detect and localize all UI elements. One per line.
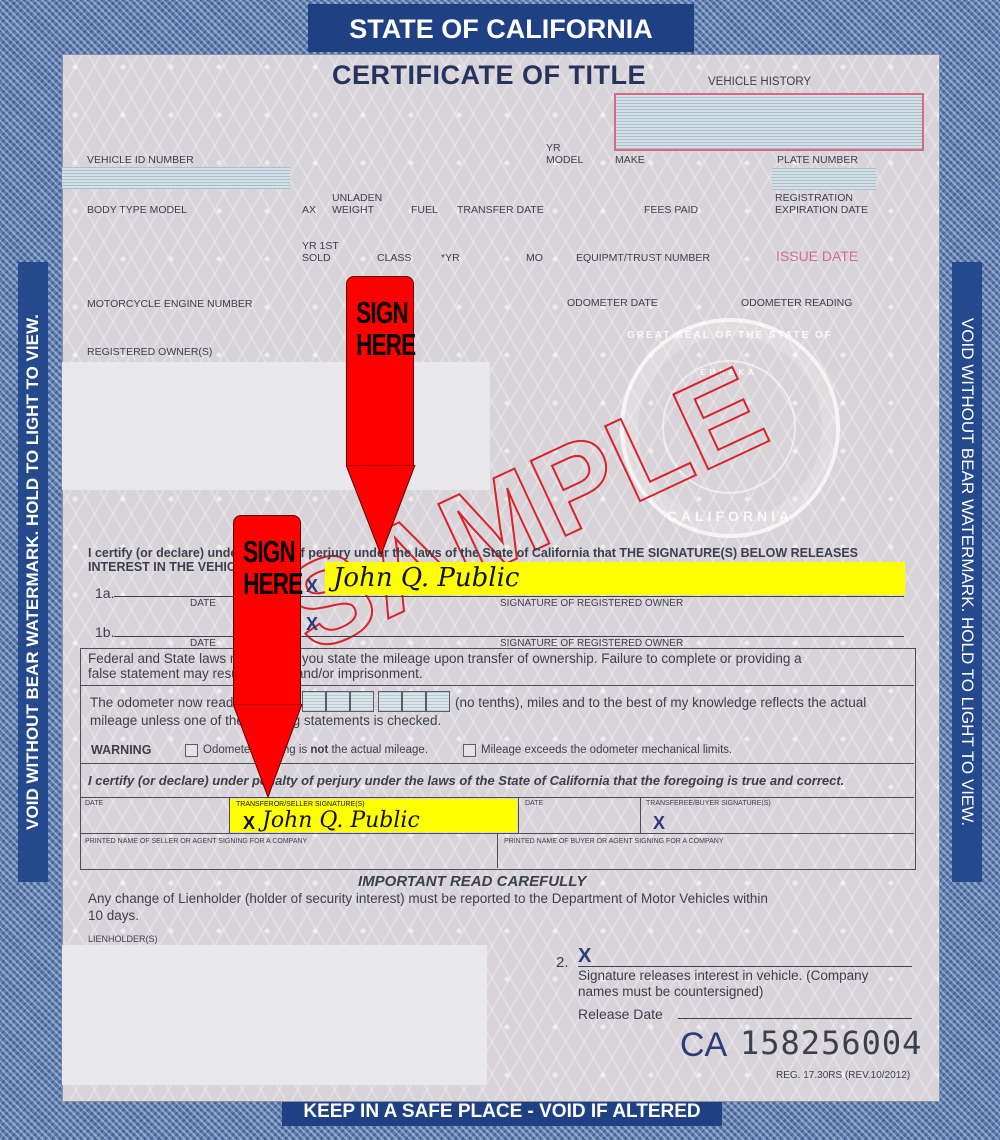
odometer-reads-suffix: (no tenths), miles and to the best of my… [455,695,866,710]
lienholders-field [62,945,487,1085]
release-date-label: Release Date [578,1006,663,1022]
divider [80,763,914,764]
odometer-digit-2[interactable] [326,691,350,712]
registered-owners-label: REGISTERED OWNER(S) [87,346,212,358]
fuel-label: FUEL [411,204,438,216]
pointer-1-tip-icon [346,465,416,557]
exceeds-limits-label: Mileage exceeds the odometer mechanical … [481,744,732,756]
exceeds-limits-checkbox[interactable] [463,744,476,757]
yr-model-label: YR MODEL [546,142,592,166]
vehicle-history-label: VEHICLE HISTORY [708,76,811,88]
registration-expiration-label: REGISTRATION EXPIRATION DATE [775,192,885,216]
odometer-digit-4[interactable] [378,691,402,712]
warning-label: WARNING [91,743,151,757]
perjury-certification: I certify (or declare) under penalty of … [88,773,844,788]
pointer-2-tip-icon [233,704,303,799]
plate-number-field [772,168,876,190]
row-2-label: 2. [556,954,569,971]
divider [497,833,498,868]
yr-1st-sold-label: YR 1ST SOLD [302,240,352,264]
odometer-digit-1[interactable] [302,691,326,712]
unladen-weight-label: UNLADEN WEIGHT [332,192,392,216]
odometer-digit-3[interactable] [350,691,374,712]
row-1b-x: X [306,614,318,635]
seller-printed-name-label: PRINTED NAME OF SELLER OR AGENT SIGNING … [85,838,307,845]
vin-label: VEHICLE ID NUMBER [87,154,194,166]
buyer-date-label: DATE [525,800,543,807]
divider [640,797,641,833]
important-heading: IMPORTANT READ CAREFULLY [358,873,586,890]
page-title: CERTIFICATE OF TITLE [332,60,646,91]
odometer-reading-label: ODOMETER READING [741,297,852,309]
buyer-sig-label: TRANSFEREE/BUYER SIGNATURE(S) [646,800,771,807]
vehicle-history-box [614,93,924,151]
yr-label: *YR [441,252,460,264]
row-1b-label: 1b. [95,624,114,640]
mo-label: MO [526,252,543,264]
motorcycle-engine-label: MOTORCYCLE ENGINE NUMBER [87,298,253,310]
transfer-date-label: TRANSFER DATE [457,204,544,216]
odometer-reads-label: The odometer now reads [90,695,240,710]
odometer-date-label: ODOMETER DATE [567,297,658,309]
row-1a-x: X [306,576,318,597]
make-label: MAKE [615,154,645,166]
buyer-printed-name-label: PRINTED NAME OF BUYER OR AGENT SIGNING F… [504,838,724,845]
lienholder-notice: Any change of Lienholder (holder of secu… [88,890,908,924]
fees-paid-label: FEES PAID [644,204,698,216]
issue-date-label: ISSUE DATE [776,250,858,262]
state-prefix: CA [680,1026,727,1065]
not-actual-mileage-checkbox[interactable] [185,744,198,757]
odometer-digit-6[interactable] [426,691,450,712]
side-notice-left: VOID WITHOUT BEAR WATERMARK. HOLD TO LIG… [18,262,48,882]
class-label: CLASS [377,252,411,264]
release-date-line[interactable] [678,1018,912,1019]
sign-here-pointer-1: SIGNHERE [346,276,416,566]
seal-top-text: GREAT SEAL OF THE STATE OF [627,330,833,341]
row-1a-label: 1a. [95,585,114,601]
certify-line-1: I certify (or declare) under penalty of … [88,546,928,560]
row-1a-sig-label: SIGNATURE OF REGISTERED OWNER [500,598,683,610]
row-1a-date-label: DATE [190,598,216,610]
body-type-label: BODY TYPE MODEL [87,204,187,216]
row-2-x: X [578,945,591,968]
vin-field [62,167,290,189]
lienholder-signature-line[interactable] [578,966,912,967]
equipmt-trust-label: EQUIPMT/TRUST NUMBER [576,252,710,264]
seller-date-label: DATE [85,800,103,807]
title-serial-number: 158256004 [740,1024,922,1062]
lienholders-label: LIENHOLDER(S) [88,933,158,945]
plate-number-label: PLATE NUMBER [777,154,858,166]
state-banner: STATE OF CALIFORNIA [308,4,694,52]
odometer-disclosure-box [80,648,916,870]
buyer-x[interactable]: X [653,813,665,834]
seller-x: X [243,813,255,834]
signature-1a[interactable]: John Q. Public [333,563,519,593]
ax-label: AX [302,204,316,216]
divider [80,797,914,798]
odometer-digit-5[interactable] [402,691,426,712]
sign-here-pointer-2: SIGNHERE [233,515,303,805]
bottom-banner: KEEP IN A SAFE PLACE - VOID IF ALTERED [282,1098,722,1126]
side-notice-right: VOID WITHOUT BEAR WATERMARK. HOLD TO LIG… [952,262,982,882]
release-note: Signature releases interest in vehicle. … [578,968,868,1000]
seller-signature[interactable]: John Q. Public [262,808,420,833]
divider [518,797,519,833]
divider [80,685,914,686]
federal-notice: Federal and State laws require that you … [88,651,908,681]
registered-owners-field [62,362,490,490]
form-id: REG. 17.30RS (REV.10/2012) [776,1070,910,1081]
